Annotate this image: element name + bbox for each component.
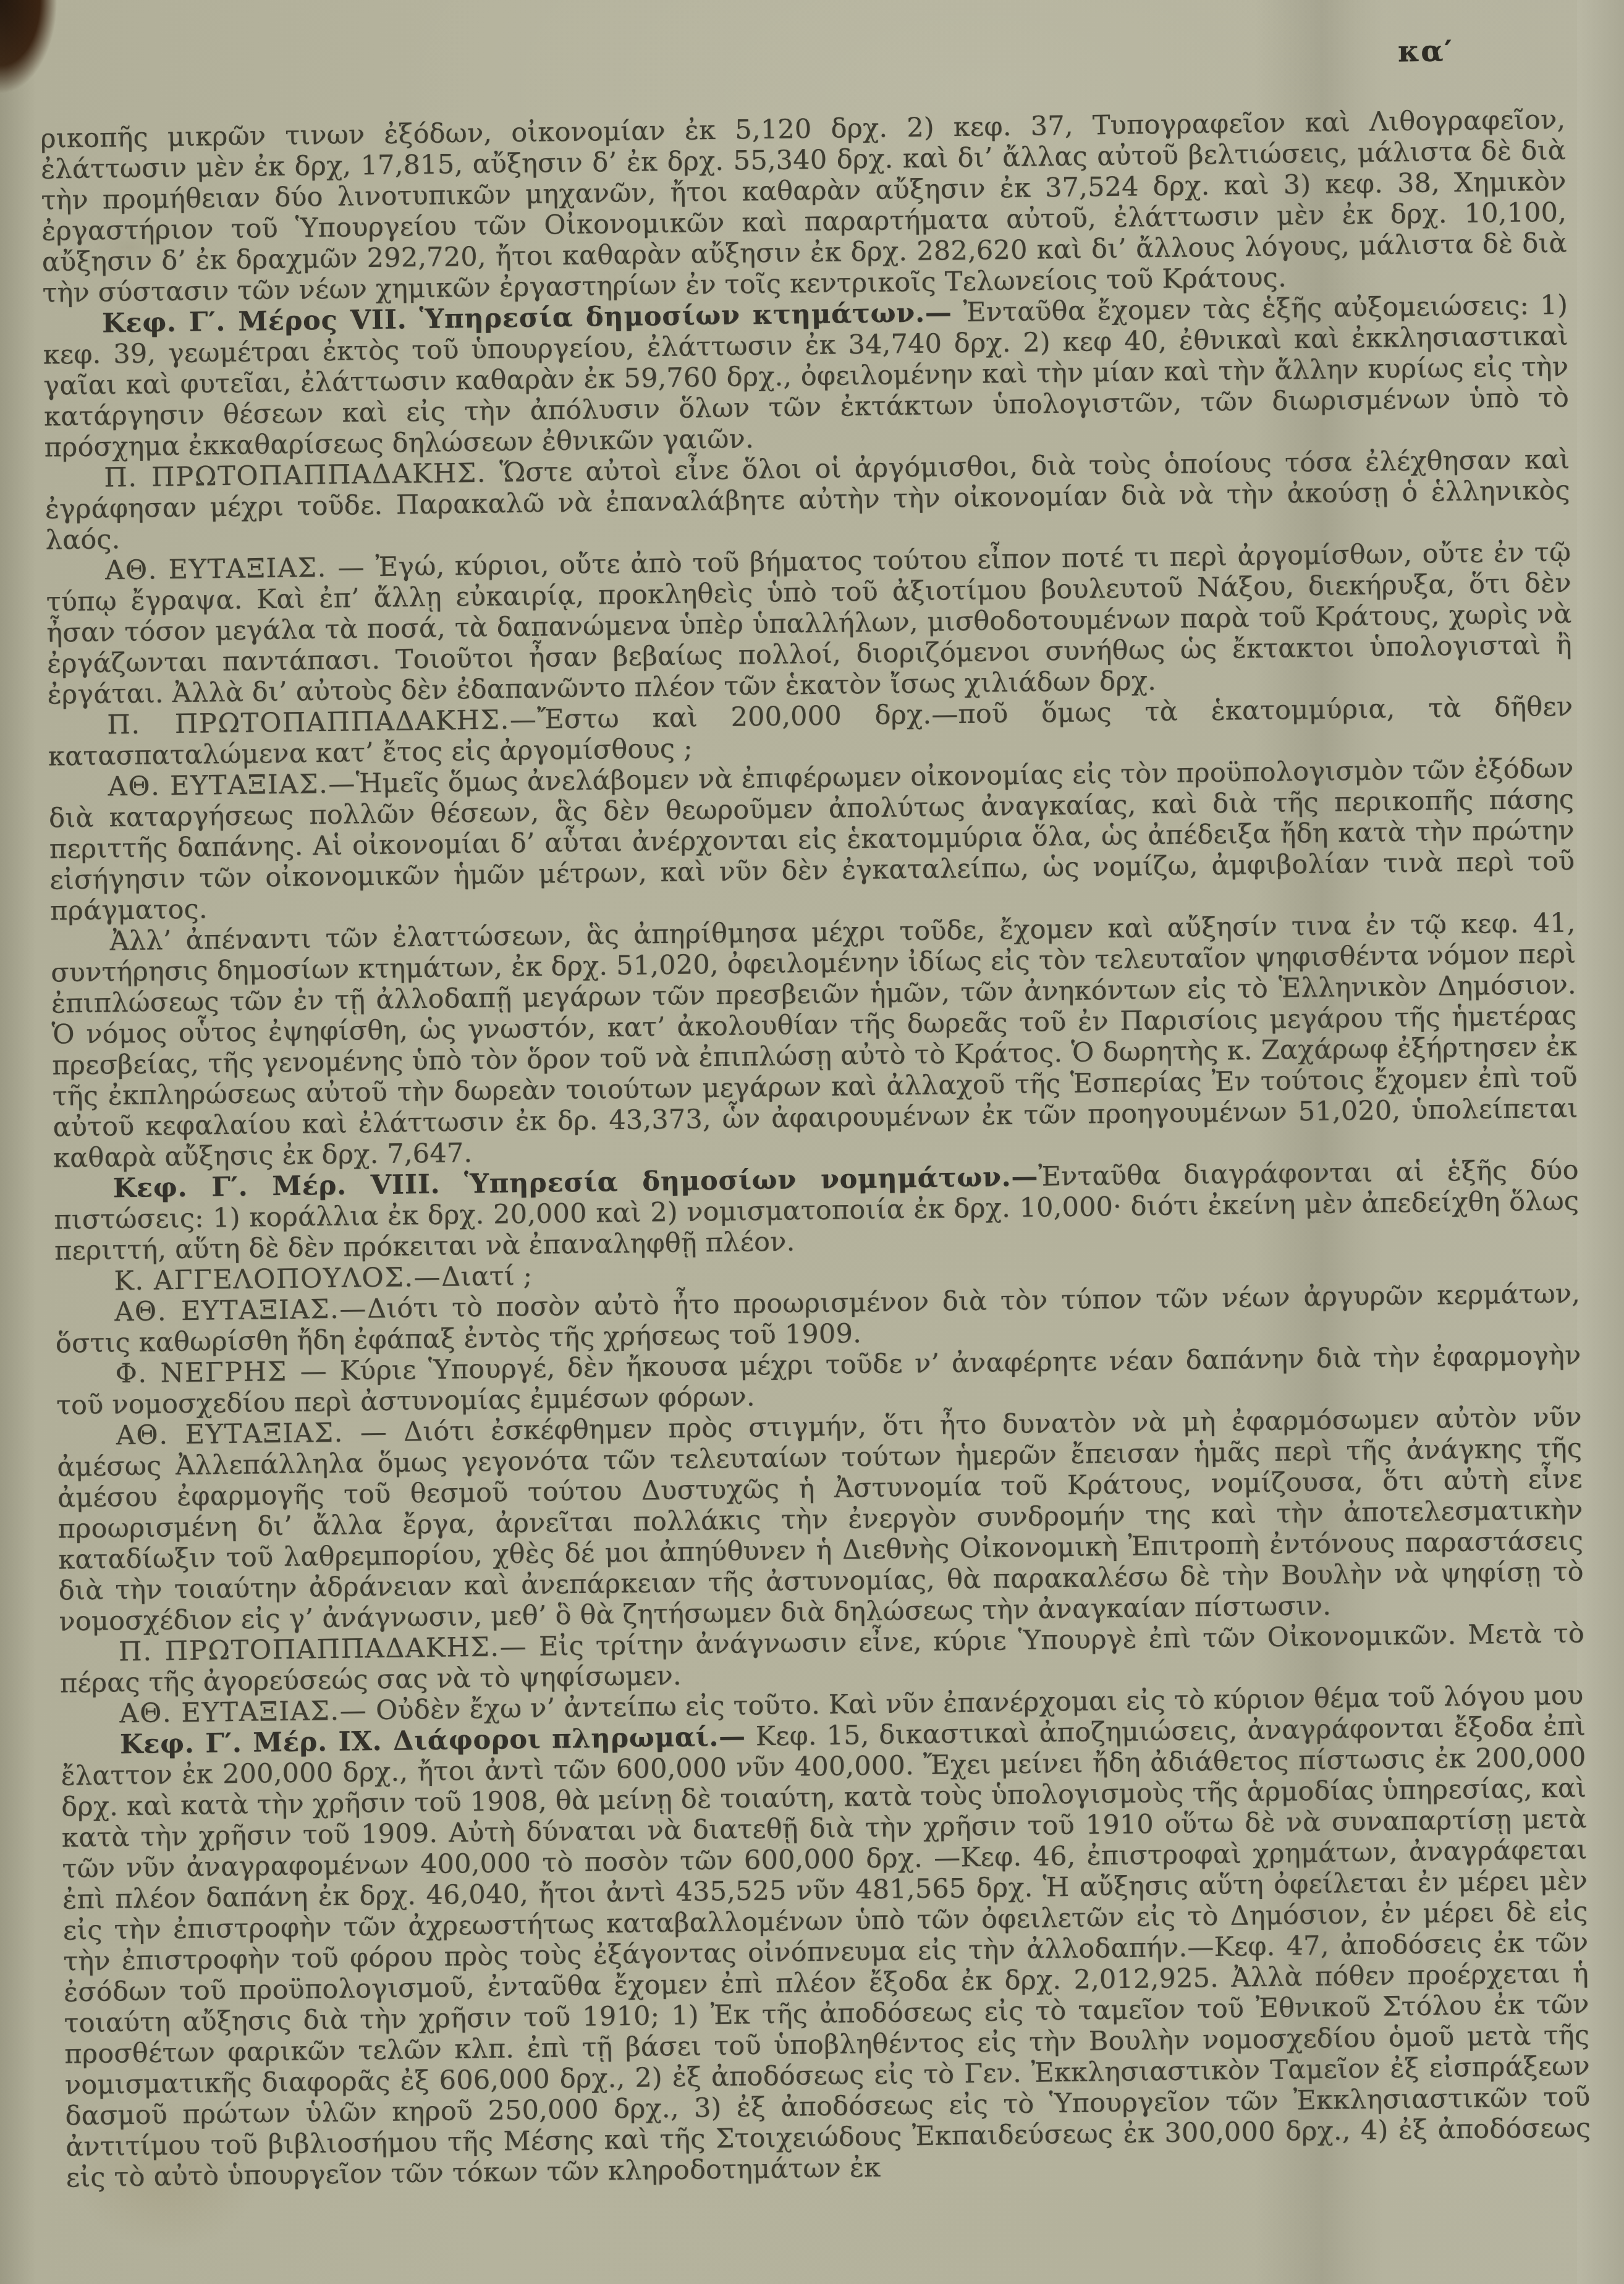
speaker-name: Π. ΠΡΩΤΟΠΑΠΠΑΔΑΚΗΣ.—: [107, 704, 538, 741]
speech-eutaxias-2: ΑΘ. ΕΥΤΑΞΙΑΣ.—Ἡμεῖς ὅμως ἀνελάβομεν νὰ ἐ…: [48, 753, 1575, 927]
speaker-name: Π. ΠΡΩΤΟΠΑΠΠΑΔΑΚΗΣ.—: [119, 1631, 528, 1667]
paragraph-text: Κεφ. 15, δικαστικαὶ ἀποζημιώσεις, ἀναγρά…: [61, 1711, 1591, 2193]
speaker-name: ΑΘ. ΕΥΤΑΞΙΑΣ.—: [114, 1293, 367, 1327]
paragraph-text: Ἀλλ’ ἀπέναντι τῶν ἐλαττώσεων, ἃς ἀπηρίθμ…: [51, 908, 1578, 1174]
paragraph-increase-chapter-41: Ἀλλ’ ἀπέναντι τῶν ἐλαττώσεων, ἃς ἀπηρίθμ…: [50, 908, 1578, 1174]
paragraph-text: ρικοπῆς μικρῶν τινων ἐξόδων, οἰκονομίαν …: [40, 104, 1567, 309]
speaker-name: Π. ΠΡΩΤΟΠΑΠΠΑΔΑΚΗΣ.: [104, 458, 486, 494]
folio-page-number: κα′: [1398, 34, 1453, 69]
speaker-name: ΑΘ. ΕΥΤΑΞΙΑΣ. —: [105, 552, 366, 586]
continuation-paragraph-chapters-37-38: ρικοπῆς μικρῶν τινων ἐξόδων, οἰκονομίαν …: [40, 104, 1568, 309]
scanned-document-page: κα′ ρικοπῆς μικρῶν τινων ἐξόδων, οἰκονομ…: [0, 0, 1624, 2284]
paragraph-text: Διατί ;: [441, 1261, 533, 1293]
speaker-name: ΑΘ. ΕΥΤΑΞΙΑΣ.—: [108, 768, 356, 802]
speech-eutaxias-1: ΑΘ. ΕΥΤΑΞΙΑΣ. — Ἐγώ, κύριοι, οὔτε ἀπὸ το…: [46, 537, 1573, 711]
heading-paragraph-part-vii-public-estates: Κεφ. Γ′. Μέρος VII. Ὑπηρεσία δημοσίων κτ…: [43, 290, 1570, 463]
speaker-name: Κ. ΑΓΓΕΛΟΠΟΥΛΟΣ.—: [114, 1262, 441, 1297]
page-text-block: ρικοπῆς μικρῶν τινων ἐξόδων, οἰκονομίαν …: [40, 104, 1591, 2194]
page-left-edge-shade: [0, 0, 36, 2284]
speech-eutaxias-4: ΑΘ. ΕΥΤΑΞΙΑΣ. — Διότι ἐσκέφθημεν πρὸς στ…: [56, 1402, 1584, 1637]
speaker-name: ΑΘ. ΕΥΤΑΞΙΑΣ.—: [119, 1695, 368, 1729]
heading-paragraph-part-ix-various-payments: Κεφ. Γ′. Μέρ. ΙΧ. Διάφοροι πληρωμαί.— Κε…: [61, 1711, 1591, 2193]
speaker-name: Φ. ΝΕΓΡΗΣ —: [115, 1356, 328, 1389]
speaker-name: ΑΘ. ΕΥΤΑΞΙΑΣ. —: [116, 1417, 387, 1452]
